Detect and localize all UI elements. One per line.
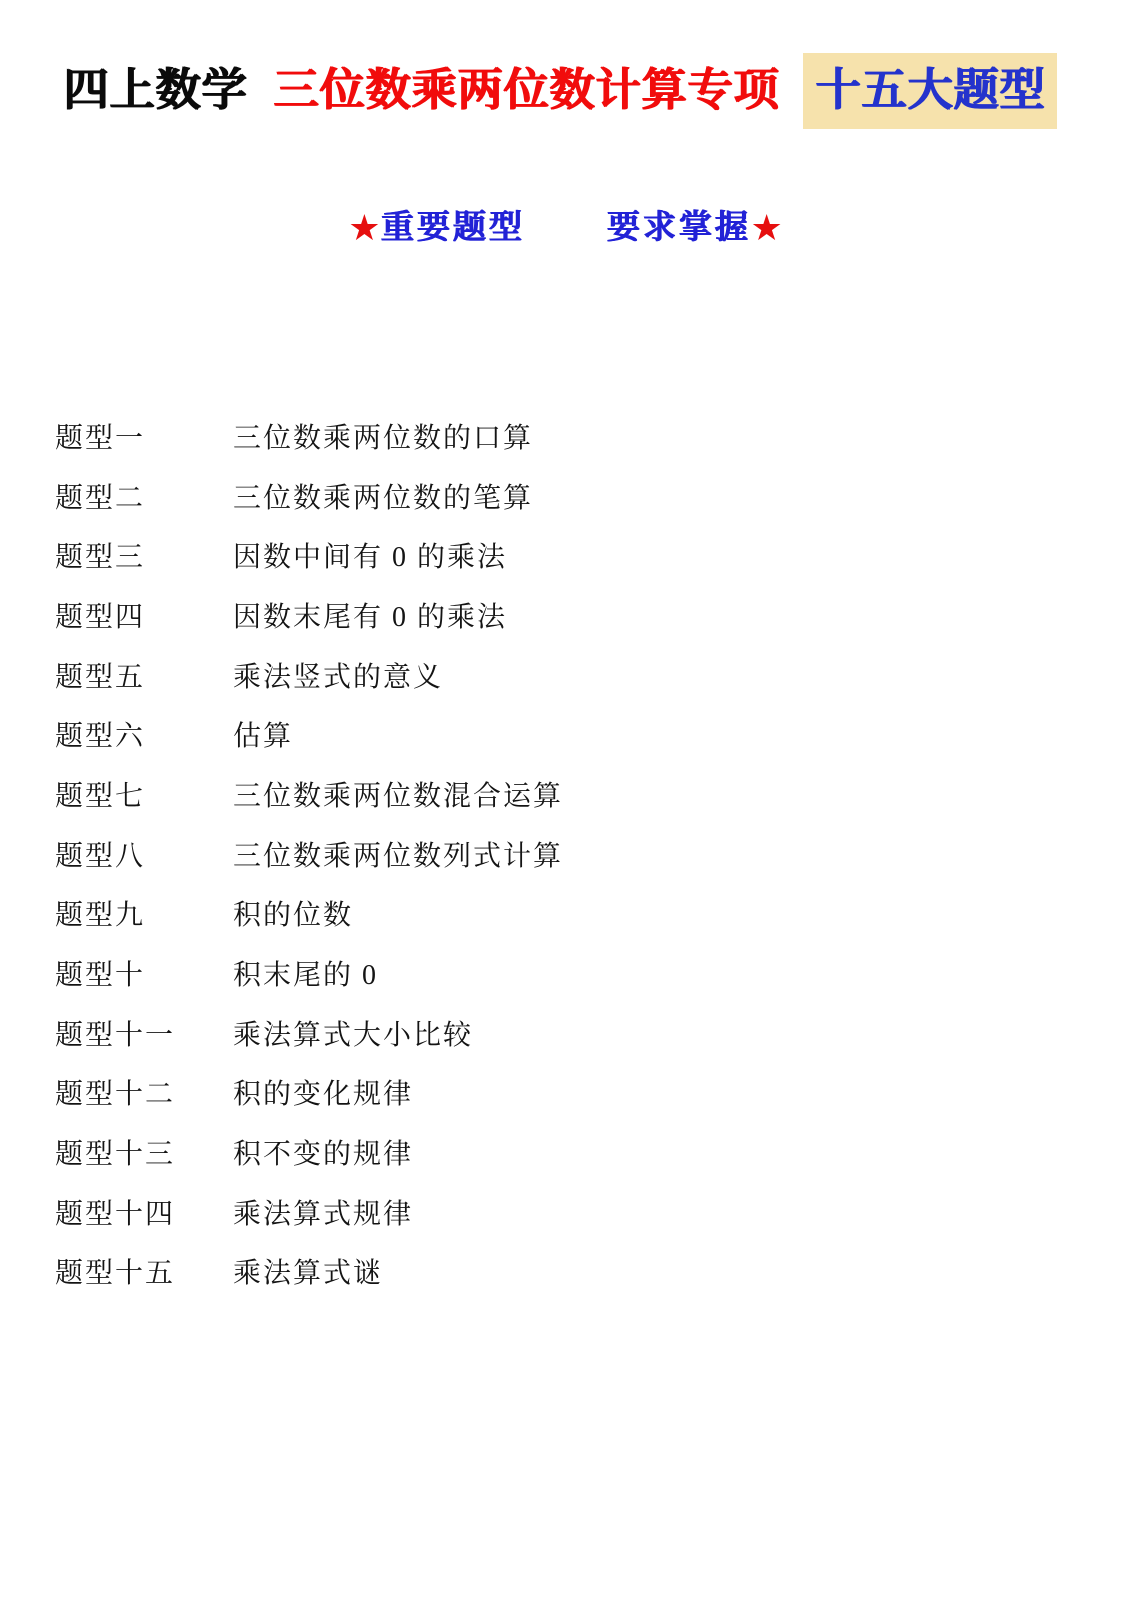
topic-label: 题型十五 (55, 1251, 233, 1291)
subtitle: ★ 重要题型 要求掌握 ★ (0, 203, 1131, 253)
topic-title: 估算 (233, 714, 293, 754)
title-topic: 三位数乘两位数计算专项 (273, 65, 779, 115)
topic-title: 因数末尾有 0 的乘法 (233, 595, 507, 635)
topic-row: 题型四 因数末尾有 0 的乘法 (55, 585, 1075, 645)
subtitle-right-text: 要求掌握 (607, 203, 751, 253)
topic-label: 题型十 (55, 953, 233, 993)
page-title: 四上数学三位数乘两位数计算专项十五大题型 (63, 50, 1057, 130)
topic-list: 题型一 三位数乘两位数的口算 题型二 三位数乘两位数的笔算 题型三 因数中间有 … (55, 406, 1075, 1301)
topic-label: 题型十一 (55, 1013, 233, 1053)
topic-label: 题型八 (55, 834, 233, 874)
star-icon: ★ (751, 203, 783, 253)
topic-row: 题型三 因数中间有 0 的乘法 (55, 525, 1075, 585)
topic-title: 三位数乘两位数的笔算 (233, 476, 533, 516)
topic-title: 积的变化规律 (233, 1072, 413, 1112)
topic-label: 题型一 (55, 416, 233, 456)
topic-title: 积不变的规律 (233, 1132, 413, 1172)
title-course: 四上数学 (63, 65, 247, 115)
topic-label: 题型四 (55, 595, 233, 635)
topic-label: 题型十三 (55, 1132, 233, 1172)
topic-row: 题型八 三位数乘两位数列式计算 (55, 824, 1075, 884)
topic-row: 题型十四 乘法算式规律 (55, 1182, 1075, 1242)
topic-row: 题型六 估算 (55, 704, 1075, 764)
topic-title: 乘法算式大小比较 (233, 1013, 473, 1053)
topic-title: 乘法算式谜 (233, 1251, 383, 1291)
topic-label: 题型六 (55, 714, 233, 754)
topic-label: 题型五 (55, 655, 233, 695)
topic-label: 题型二 (55, 476, 233, 516)
topic-label: 题型七 (55, 774, 233, 814)
topic-row: 题型十一 乘法算式大小比较 (55, 1003, 1075, 1063)
subtitle-right: 要求掌握 ★ (607, 203, 783, 253)
topic-row: 题型一 三位数乘两位数的口算 (55, 406, 1075, 466)
topic-row: 题型十 积末尾的 0 (55, 943, 1075, 1003)
subtitle-left: ★ 重要题型 (348, 203, 524, 253)
topic-row: 题型二 三位数乘两位数的笔算 (55, 466, 1075, 526)
topic-title: 乘法竖式的意义 (233, 655, 443, 695)
topic-row: 题型十五 乘法算式谜 (55, 1242, 1075, 1302)
title-highlight: 十五大题型 (803, 53, 1057, 129)
topic-title: 三位数乘两位数的口算 (233, 416, 533, 456)
topic-title: 三位数乘两位数列式计算 (233, 834, 563, 874)
star-icon: ★ (348, 203, 380, 253)
subtitle-left-text: 重要题型 (381, 203, 525, 253)
topic-label: 题型三 (55, 535, 233, 575)
topic-label: 题型十四 (55, 1192, 233, 1232)
topic-label: 题型十二 (55, 1072, 233, 1112)
topic-title: 积末尾的 0 (233, 953, 378, 993)
topic-row: 题型十三 积不变的规律 (55, 1122, 1075, 1182)
topic-row: 题型十二 积的变化规律 (55, 1063, 1075, 1123)
topic-title: 因数中间有 0 的乘法 (233, 535, 507, 575)
topic-title: 乘法算式规律 (233, 1192, 413, 1232)
topic-title: 三位数乘两位数混合运算 (233, 774, 563, 814)
topic-title: 积的位数 (233, 893, 353, 933)
topic-row: 题型七 三位数乘两位数混合运算 (55, 764, 1075, 824)
document-page: 四上数学三位数乘两位数计算专项十五大题型 ★ 重要题型 要求掌握 ★ 题型一 三… (0, 0, 1131, 1600)
topic-label: 题型九 (55, 893, 233, 933)
topic-row: 题型九 积的位数 (55, 884, 1075, 944)
topic-row: 题型五 乘法竖式的意义 (55, 645, 1075, 705)
